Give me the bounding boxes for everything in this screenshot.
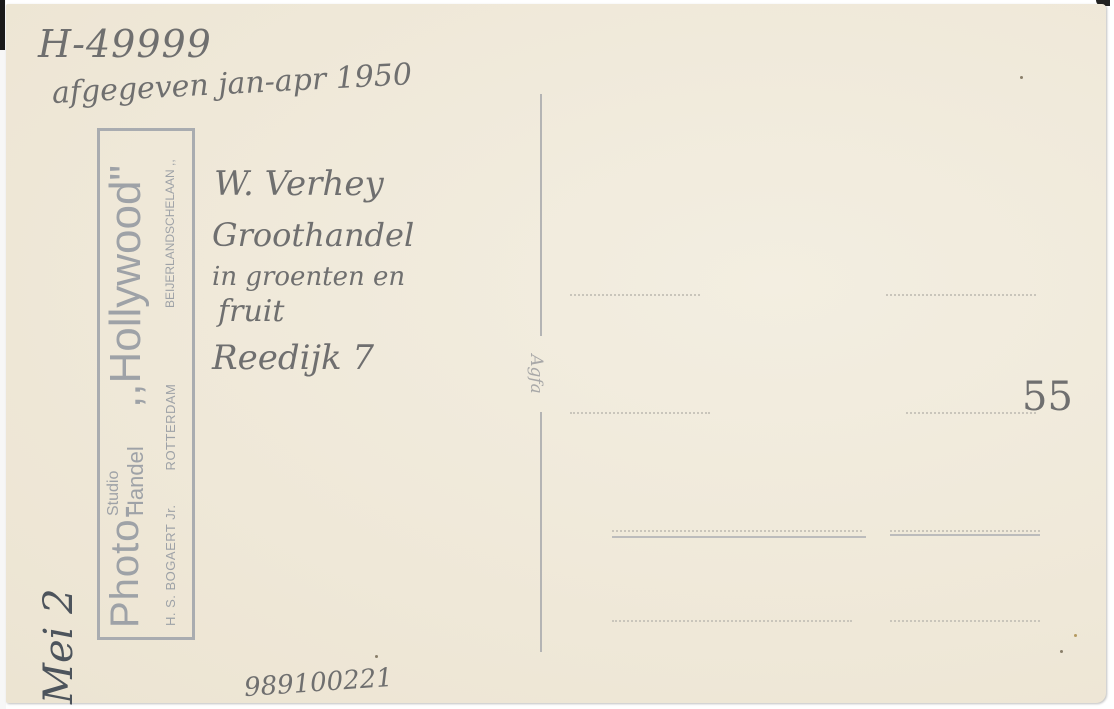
scan-edge-dark [0,0,5,50]
side-note: Mei 2 [36,588,82,704]
photographer-stamp: Photo- Studio Handel ,,Hollywood" H. S. … [97,128,195,640]
archive-number: H-49999 [38,22,212,66]
stamp-city: ROTTERDAM [163,384,178,471]
paper-speck [375,655,378,658]
paper-speck [1060,650,1063,653]
address-line-guide-3a [612,530,862,532]
stamp-photo: Photo- [103,504,148,628]
center-divider-top [540,94,542,336]
address-line-3: in groenten en [212,262,405,292]
right-number: 55 [1022,374,1073,420]
address-line-guide-1a [570,294,700,296]
address-line-guide-1b [886,294,1036,296]
address-line-guide-2a [570,412,710,414]
address-line-4: fruit [218,294,284,329]
stamp-street: BEIJERLANDSCHELAAN ,, [163,159,177,308]
address-line-5: Reedijk 7 [212,338,374,378]
stamp-hollywood: ,,Hollywood" [101,165,151,408]
address-line-guide-2b [906,412,1036,414]
paper-speck [1020,76,1023,79]
address-line-2: Groothandel [212,216,414,254]
address-line-1: W. Verhey [214,164,384,204]
stamp-owner-name: H. S. BOGAERT Jr. [163,505,178,626]
address-line-solid-b [890,534,1040,536]
postcard-back: H-49999 afgegeven jan-apr 1950 Photo- St… [6,4,1106,703]
bottom-number: 989100221 [243,663,394,703]
center-divider-bottom [540,412,542,652]
address-line-guide-4a [612,620,852,622]
address-line-solid-a [612,536,866,538]
stamp-studio: Studio [105,471,123,516]
address-line-guide-3b [890,530,1040,532]
address-line-guide-4b [890,620,1040,622]
stamp-handel: Handel [123,446,149,516]
paper-brand-mark: Agfa [526,354,546,394]
paper-speck [1074,634,1077,637]
stamp-owner: H. S. BOGAERT Jr. ROTTERDAM [163,384,178,626]
